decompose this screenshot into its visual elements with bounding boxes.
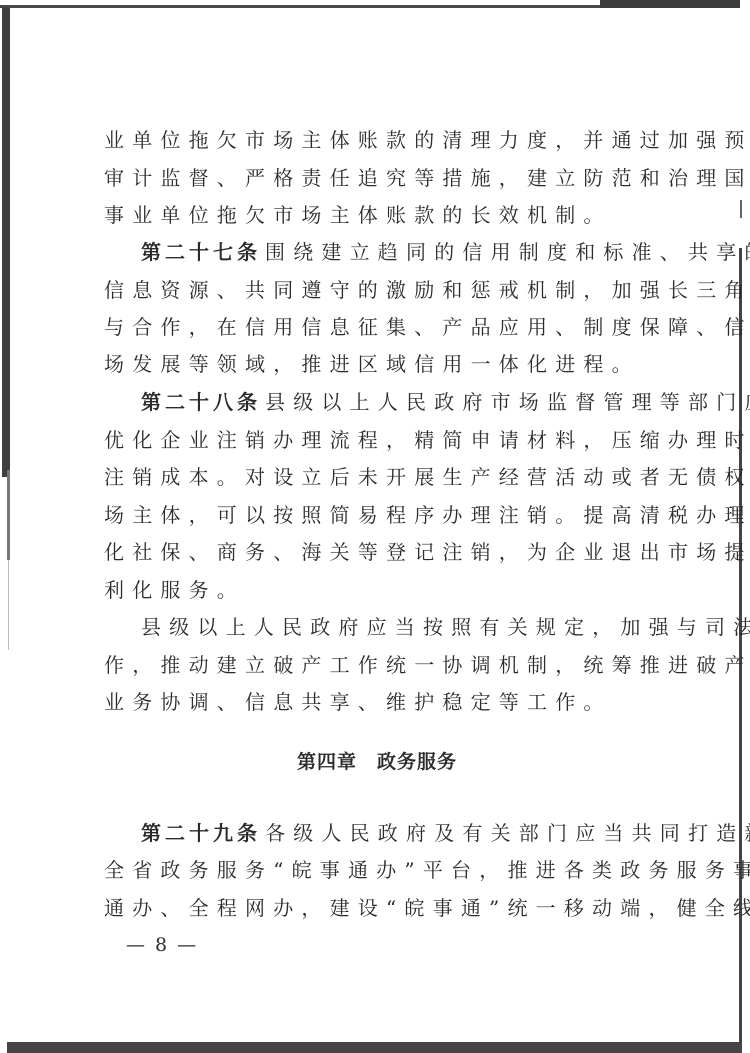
text-line: 场发展等领域，推进区域信用一体化进程。 <box>104 349 684 379</box>
text-line: 信息资源、共同遵守的激励和惩戒机制，加强长三角区域交流 <box>104 275 684 305</box>
scan-border-left-thin <box>7 470 10 560</box>
text-run: 县级以上人民政府市场监督管理等部门应当 <box>265 390 750 414</box>
text-line: 场主体，可以按照简易程序办理注销。提高清税办理速度，优 <box>104 500 684 530</box>
text-line: 县级以上人民政府应当按照有关规定，加强与司法机关协 <box>141 612 721 642</box>
scan-border-left-faint <box>8 560 9 650</box>
article-number: 第二十九条 <box>141 821 261 845</box>
text-line: 利化服务。 <box>104 575 684 605</box>
text-line: 业单位拖欠市场主体账款的清理力度，并通过加强预算管理、 <box>104 125 684 155</box>
text-line: 业务协调、信息共享、维护稳定等工作。 <box>104 687 684 717</box>
scan-border-bottom <box>7 1042 742 1053</box>
scan-border-left <box>2 7 10 477</box>
text-line: 化社保、商务、海关等登记注销，为企业退出市场提供更加便 <box>104 537 684 567</box>
scan-border-right <box>739 248 742 1050</box>
article-number: 第二十八条 <box>141 390 261 414</box>
text-line: 审计监督、严格责任追究等措施，建立防范和治理国家机关、 <box>104 163 684 193</box>
text-line: 注销成本。对设立后未开展生产经营活动或者无债权债务的市 <box>104 462 684 492</box>
text-line: 作，推动建立破产工作统一协调机制，统筹推进破产程序中的 <box>104 650 684 680</box>
chapter-heading: 第四章 政务服务 <box>297 747 457 777</box>
article-number: 第二十七条 <box>141 240 261 264</box>
text-line: 优化企业注销办理流程，精简申请材料，压缩办理时间，降低 <box>104 425 684 455</box>
text-line: 事业单位拖欠市场主体账款的长效机制。 <box>104 200 684 230</box>
text-line: 与合作，在信用信息征集、产品应用、制度保障、信用服务市 <box>104 312 684 342</box>
text-run: 围绕建立趋同的信用制度和标准、共享的信用 <box>265 240 750 264</box>
article-27-first-line: 第二十七条围绕建立趋同的信用制度和标准、共享的信用 <box>141 237 721 267</box>
article-29-first-line: 第二十九条各级人民政府及有关部门应当共同打造新型 <box>141 818 721 848</box>
text-line: 通办、全程网办，建设“皖事通”统一移动端，健全线下实体政 <box>104 893 684 923</box>
scan-border-top-right <box>600 0 740 8</box>
scan-border-right-dash <box>740 200 742 218</box>
article-28-first-line: 第二十八条县级以上人民政府市场监督管理等部门应当 <box>141 387 721 417</box>
text-line: 全省政务服务“皖事通办”平台，推进各类政务服务事项一网 <box>104 855 684 885</box>
text-run: 各级人民政府及有关部门应当共同打造新型 <box>265 821 750 845</box>
page-number: — 8 — <box>126 931 198 959</box>
document-page: 业单位拖欠市场主体账款的清理力度，并通过加强预算管理、 审计监督、严格责任追究等… <box>0 0 750 1053</box>
